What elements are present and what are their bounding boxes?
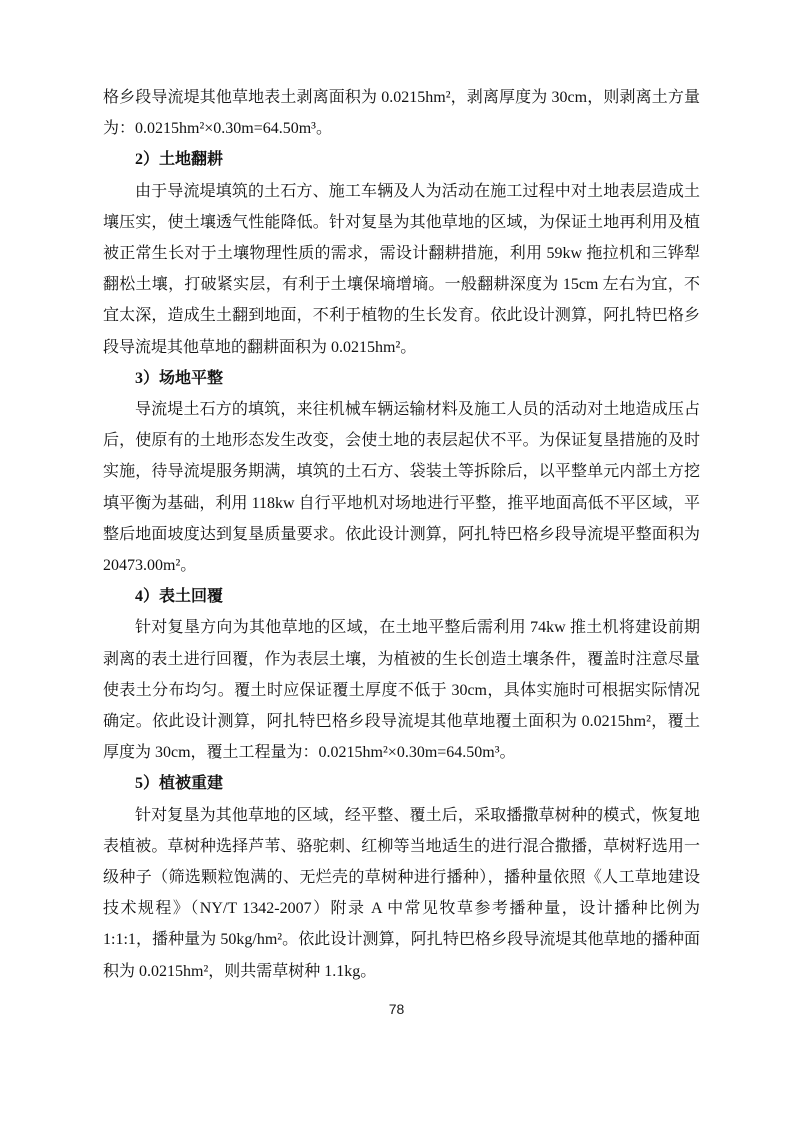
text-body: 格乡段导流堤其他草地表土剥离面积为 0.0215hm²，剥离厚度为 30cm，则… <box>103 82 700 987</box>
section-heading-topsoil-backfill: 4）表土回覆 <box>103 581 700 612</box>
page-number: 78 <box>0 1001 793 1017</box>
document-page: 格乡段导流堤其他草地表土剥离面积为 0.0215hm²，剥离厚度为 30cm，则… <box>0 0 793 1122</box>
section-heading-site-leveling: 3）场地平整 <box>103 363 700 394</box>
paragraph-topsoil-stripping-continued: 格乡段导流堤其他草地表土剥离面积为 0.0215hm²，剥离厚度为 30cm，则… <box>103 82 700 144</box>
section-heading-vegetation-restoration: 5）植被重建 <box>103 768 700 799</box>
paragraph-vegetation-restoration: 针对复垦为其他草地的区域，经平整、覆土后，采取播撒草树种的模式，恢复地表植被。草… <box>103 800 700 987</box>
paragraph-topsoil-backfill: 针对复垦方向为其他草地的区域，在土地平整后需利用 74kw 推土机将建设前期剥离… <box>103 612 700 768</box>
paragraph-land-tilling: 由于导流堤填筑的土石方、施工车辆及人为活动在施工过程中对土地表层造成土壤压实，使… <box>103 176 700 363</box>
section-heading-land-tilling: 2）土地翻耕 <box>103 144 700 175</box>
paragraph-site-leveling: 导流堤土石方的填筑，来往机械车辆运输材料及施工人员的活动对土地造成压占后，使原有… <box>103 394 700 581</box>
